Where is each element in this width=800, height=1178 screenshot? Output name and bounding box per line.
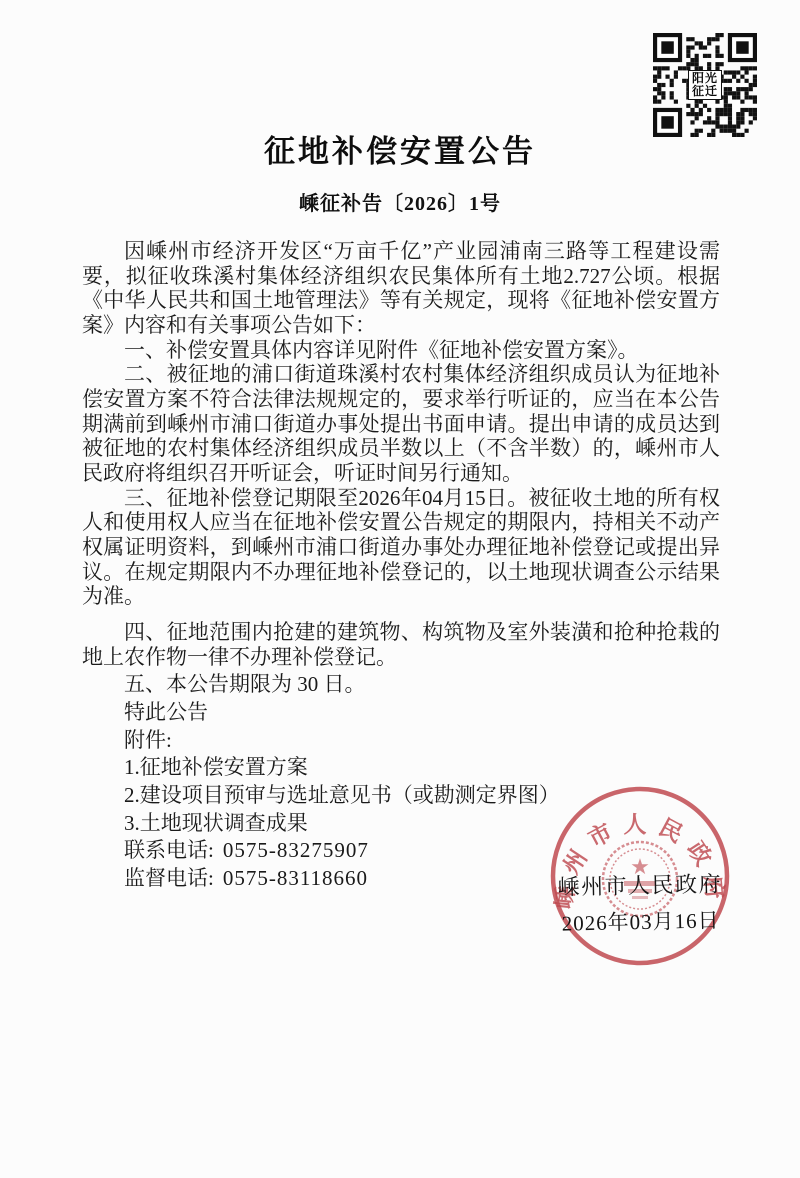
item-1: 一、补偿安置具体内容详见附件《征地补偿安置方案》。	[82, 338, 720, 363]
item-2: 二、被征地的浦口街道珠溪村农村集体经济组织成员认为征地补偿安置方案不符合法律法规…	[82, 362, 720, 485]
notice-document: 阳光 征迁 征地补偿安置公告 嵊征补告〔2026〕1号 因嵊州市经济开发区“万亩…	[0, 0, 800, 1178]
issue-date: 2026年03月16日	[559, 904, 724, 937]
item-5: 五、本公告期限为 30 日。	[82, 672, 720, 697]
contact-phone-value: 0575-83275907	[223, 838, 369, 862]
attachments-heading: 附件:	[82, 728, 720, 753]
item-4: 四、征地范围内抢建的建筑物、构筑物及室外装潢和抢种抢栽的地上农作物一律不办理补偿…	[82, 620, 720, 669]
qr-center-label: 阳光 征迁	[688, 70, 722, 100]
supervision-phone-value: 0575-83118660	[223, 866, 368, 890]
intro-paragraph: 因嵊州市经济开发区“万亩千亿”产业园浦南三路等工程建设需要，拟征收珠溪村集体经济…	[82, 239, 720, 338]
supervision-phone-label: 监督电话:	[124, 866, 214, 890]
qr-code: 阳光 征迁	[653, 33, 757, 137]
attachment-item: 3.土地现状调查成果	[82, 811, 720, 836]
contact-phone-label: 联系电话:	[124, 838, 214, 862]
attachment-item: 2.建设项目预审与选址意见书（或勘测定界图）	[82, 783, 720, 808]
issuer-name: 嵊州市人民政府	[558, 867, 723, 901]
attachment-item: 1.征地补偿安置方案	[82, 755, 720, 780]
qr-label-line2: 征迁	[692, 85, 718, 98]
signature-block: 嵊州市人民政府 2026年03月16日	[558, 867, 724, 937]
notice-body: 因嵊州市经济开发区“万亩千亿”产业园浦南三路等工程建设需要，拟征收珠溪村集体经济…	[82, 239, 720, 891]
doc-number: 嵊征补告〔2026〕1号	[0, 187, 800, 216]
closing-line: 特此公告	[82, 700, 720, 725]
contact-phone-line: 联系电话:0575-83275907	[82, 838, 720, 863]
item-3: 三、征地补偿登记期限至2026年04月15日。被征收土地的所有权人和使用权人应当…	[82, 486, 720, 609]
